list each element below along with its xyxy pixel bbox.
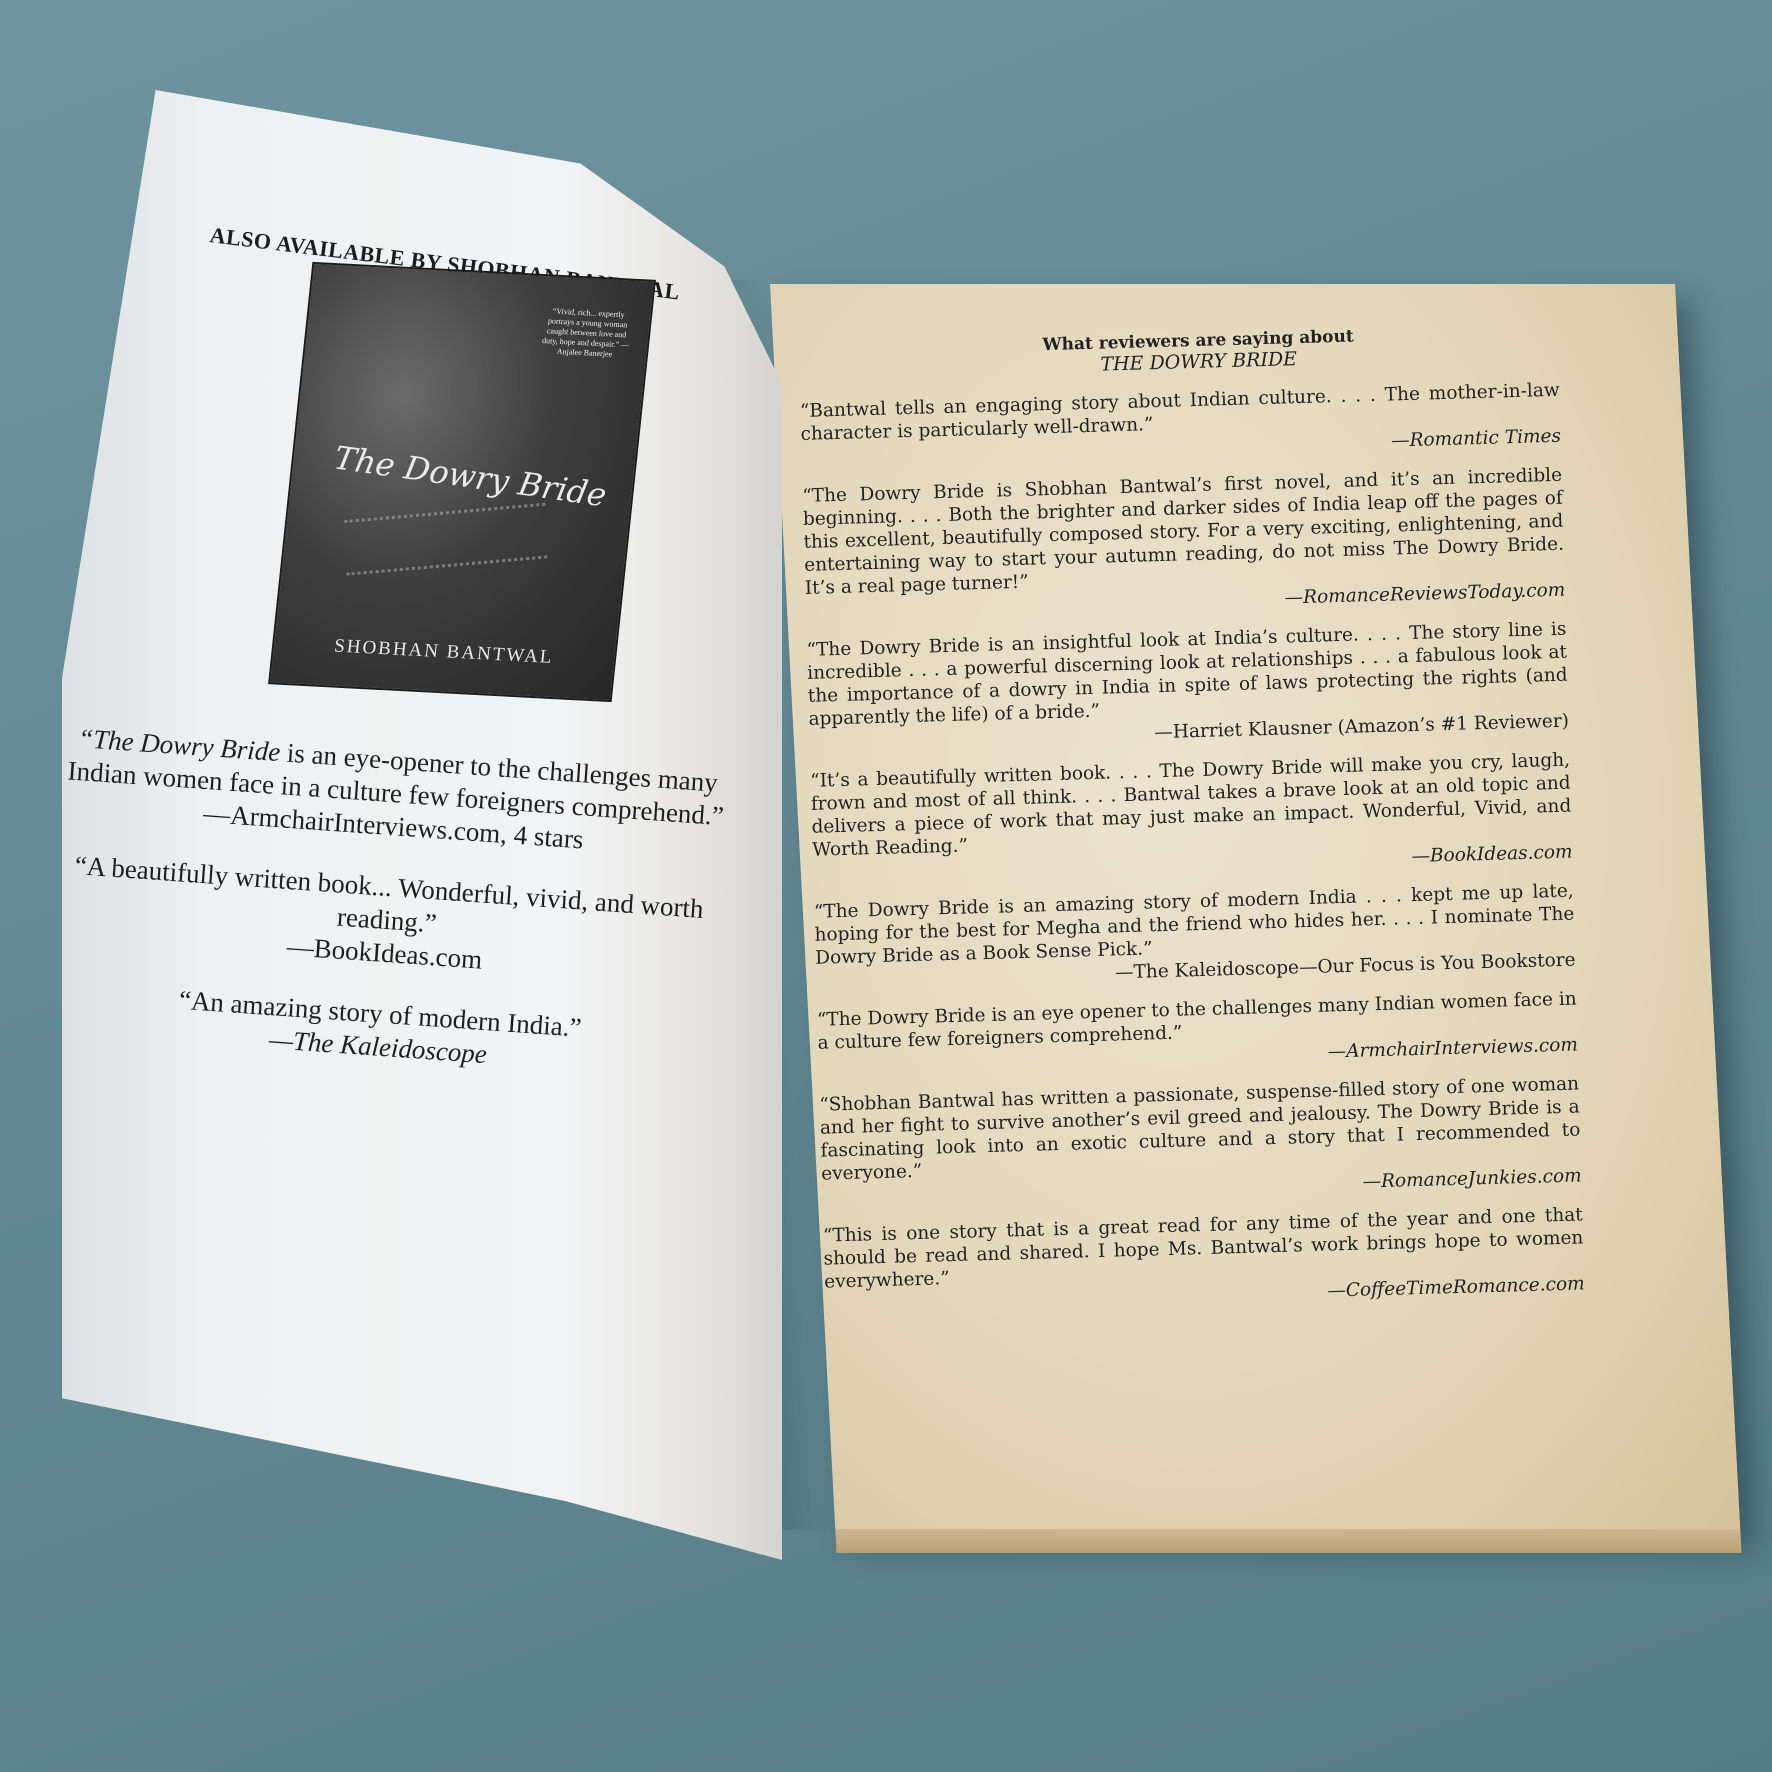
left-quotes: “The Dowry Bride is an eye-opener to the…: [26, 720, 749, 1116]
left-quote: “An amazing story of modern India.” —The…: [28, 973, 731, 1088]
review-item: “This is one story that is a great read …: [823, 1203, 1585, 1316]
review-item: “Shobhan Bantwal has written a passionat…: [819, 1072, 1582, 1208]
cover-title: The Dowry Bride: [331, 439, 610, 515]
review-text: “The Dowry Bride is Shobhan Bantwal’s fi…: [802, 464, 1565, 600]
review-item: “The Dowry Bride is an amazing story of …: [814, 880, 1576, 993]
book-cover-image: “Vivid, rich... expertly portrays a youn…: [268, 262, 656, 702]
cover-author: SHOBHAN BANTWAL: [333, 636, 554, 669]
review-item: “The Dowry Bride is Shobhan Bantwal’s fi…: [802, 464, 1566, 623]
reviews-section: What reviewers are saying about THE DOWR…: [798, 321, 1585, 1333]
bangle-decoration: [345, 503, 548, 576]
review-item: “The Dowry Bride is an eye opener to the…: [817, 988, 1579, 1078]
review-item: “Bantwal tells an engaging story about I…: [800, 379, 1562, 469]
cover-blurb: “Vivid, rich... expertly portrays a youn…: [537, 306, 637, 361]
review-item: “It’s a beautifully written book. . . . …: [810, 749, 1573, 885]
photo-scene: What reviewers are saying about THE DOWR…: [0, 0, 1772, 1772]
review-item: “The Dowry Bride is an insightful look a…: [806, 618, 1569, 754]
left-quote: “A beautifully written book... Wonderful…: [34, 847, 739, 995]
